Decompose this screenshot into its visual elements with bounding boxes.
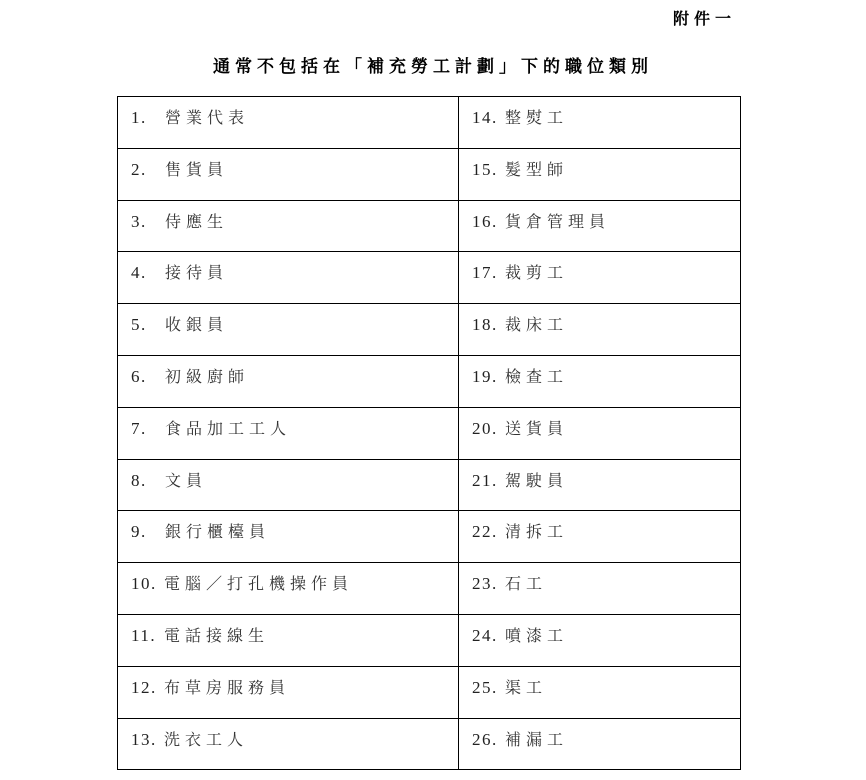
table-row: 4.接待員 17.裁剪工 bbox=[118, 252, 741, 304]
table-cell: 12.布草房服務員 bbox=[118, 666, 459, 718]
job-title: 布草房服務員 bbox=[164, 675, 290, 698]
item-number: 2. bbox=[131, 160, 165, 180]
job-title: 噴漆工 bbox=[505, 623, 568, 646]
job-title: 初級廚師 bbox=[165, 364, 249, 387]
item-number: 23. bbox=[472, 574, 505, 594]
table-cell: 13.洗衣工人 bbox=[118, 718, 459, 770]
job-title: 收銀員 bbox=[165, 312, 228, 335]
table-row: 2.售貨員 15.髮型師 bbox=[118, 148, 741, 200]
item-number: 24. bbox=[472, 626, 505, 646]
item-number: 6. bbox=[131, 367, 165, 387]
job-title: 文員 bbox=[165, 468, 207, 491]
job-title: 駕駛員 bbox=[505, 468, 568, 491]
job-title: 銀行櫃檯員 bbox=[165, 519, 270, 542]
table-cell: 1.營業代表 bbox=[118, 97, 459, 149]
job-title: 裁剪工 bbox=[505, 260, 568, 283]
job-title: 電腦／打孔機操作員 bbox=[164, 571, 353, 594]
item-number: 12. bbox=[131, 678, 164, 698]
table-cell: 23.石工 bbox=[459, 563, 741, 615]
table-cell: 8.文員 bbox=[118, 459, 459, 511]
table-cell: 2.售貨員 bbox=[118, 148, 459, 200]
job-title: 髮型師 bbox=[505, 157, 568, 180]
job-title: 售貨員 bbox=[165, 157, 228, 180]
item-number: 17. bbox=[472, 263, 505, 283]
table-cell: 21.駕駛員 bbox=[459, 459, 741, 511]
table-row: 9.銀行櫃檯員 22.清拆工 bbox=[118, 511, 741, 563]
item-number: 1. bbox=[131, 108, 165, 128]
item-number: 7. bbox=[131, 419, 165, 439]
table-row: 11.電話接線生 24.噴漆工 bbox=[118, 614, 741, 666]
job-title: 送貨員 bbox=[505, 416, 568, 439]
item-number: 18. bbox=[472, 315, 505, 335]
item-number: 15. bbox=[472, 160, 505, 180]
job-title: 洗衣工人 bbox=[164, 727, 248, 750]
item-number: 13. bbox=[131, 730, 164, 750]
table-cell: 24.噴漆工 bbox=[459, 614, 741, 666]
item-number: 4. bbox=[131, 263, 165, 283]
item-number: 3. bbox=[131, 212, 165, 232]
table-row: 5.收銀員 18.裁床工 bbox=[118, 304, 741, 356]
table-cell: 16.貨倉管理員 bbox=[459, 200, 741, 252]
item-number: 25. bbox=[472, 678, 505, 698]
table-cell: 15.髮型師 bbox=[459, 148, 741, 200]
job-title: 侍應生 bbox=[165, 209, 228, 232]
item-number: 11. bbox=[131, 626, 164, 646]
job-title: 營業代表 bbox=[165, 105, 249, 128]
job-title: 渠工 bbox=[505, 675, 547, 698]
table-cell: 3.侍應生 bbox=[118, 200, 459, 252]
table-cell: 25.渠工 bbox=[459, 666, 741, 718]
job-title: 清拆工 bbox=[505, 519, 568, 542]
item-number: 20. bbox=[472, 419, 505, 439]
table-cell: 14.整熨工 bbox=[459, 97, 741, 149]
table-cell: 5.收銀員 bbox=[118, 304, 459, 356]
item-number: 9. bbox=[131, 522, 165, 542]
annex-label: 附件一 bbox=[673, 6, 736, 29]
table-cell: 6.初級廚師 bbox=[118, 355, 459, 407]
job-title: 裁床工 bbox=[505, 312, 568, 335]
table-cell: 10.電腦／打孔機操作員 bbox=[118, 563, 459, 615]
table-row: 12.布草房服務員 25.渠工 bbox=[118, 666, 741, 718]
job-title: 補漏工 bbox=[505, 727, 568, 750]
table-cell: 9.銀行櫃檯員 bbox=[118, 511, 459, 563]
item-number: 10. bbox=[131, 574, 164, 594]
item-number: 19. bbox=[472, 367, 505, 387]
table-cell: 17.裁剪工 bbox=[459, 252, 741, 304]
item-number: 21. bbox=[472, 471, 505, 491]
table-cell: 11.電話接線生 bbox=[118, 614, 459, 666]
table-cell: 22.清拆工 bbox=[459, 511, 741, 563]
job-title: 電話接線生 bbox=[164, 623, 269, 646]
job-title: 食品加工工人 bbox=[165, 416, 291, 439]
table-cell: 20.送貨員 bbox=[459, 407, 741, 459]
table-cell: 26.補漏工 bbox=[459, 718, 741, 770]
job-title: 接待員 bbox=[165, 260, 228, 283]
table-row: 10.電腦／打孔機操作員 23.石工 bbox=[118, 563, 741, 615]
job-title: 整熨工 bbox=[505, 105, 568, 128]
table-row: 3.侍應生 16.貨倉管理員 bbox=[118, 200, 741, 252]
item-number: 8. bbox=[131, 471, 165, 491]
item-number: 16. bbox=[472, 212, 505, 232]
item-number: 26. bbox=[472, 730, 505, 750]
job-title: 石工 bbox=[505, 571, 547, 594]
table-cell: 7.食品加工工人 bbox=[118, 407, 459, 459]
table-row: 8.文員 21.駕駛員 bbox=[118, 459, 741, 511]
job-title: 檢查工 bbox=[505, 364, 568, 387]
item-number: 22. bbox=[472, 522, 505, 542]
document-title: 通常不包括在「補充勞工計劃」下的職位類別 bbox=[0, 52, 866, 77]
table-row: 13.洗衣工人 26.補漏工 bbox=[118, 718, 741, 770]
table-cell: 19.檢查工 bbox=[459, 355, 741, 407]
item-number: 14. bbox=[472, 108, 505, 128]
table-row: 7.食品加工工人 20.送貨員 bbox=[118, 407, 741, 459]
table-cell: 18.裁床工 bbox=[459, 304, 741, 356]
table-row: 1.營業代表 14.整熨工 bbox=[118, 97, 741, 149]
job-category-table: 1.營業代表 14.整熨工 2.售貨員 15.髮型師 3.侍應生 16.貨倉管理… bbox=[117, 96, 741, 770]
item-number: 5. bbox=[131, 315, 165, 335]
table-cell: 4.接待員 bbox=[118, 252, 459, 304]
job-title: 貨倉管理員 bbox=[505, 209, 610, 232]
table-row: 6.初級廚師 19.檢查工 bbox=[118, 355, 741, 407]
